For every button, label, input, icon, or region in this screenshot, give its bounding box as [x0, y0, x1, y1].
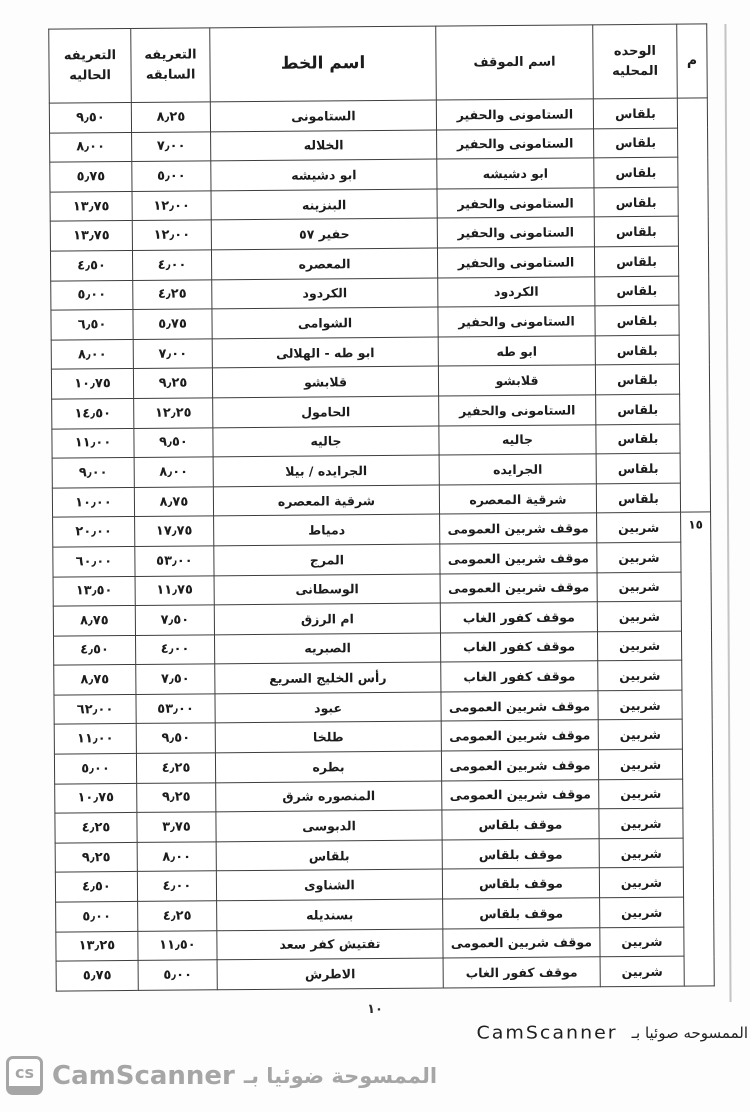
line-cell: الجرايده / بيلا: [213, 455, 439, 486]
line-cell: طلخا: [215, 722, 441, 753]
unit-cell: بلقاس: [596, 453, 680, 483]
unit-cell: شربين: [598, 749, 682, 779]
unit-cell: شربين: [597, 542, 681, 572]
line-cell: بسنديله: [217, 899, 443, 930]
prev-cell: ٥٫٠٠: [132, 161, 211, 191]
camscanner-watermark: cs CamScanner الممسوحة ضوئيا بـ: [6, 1056, 437, 1095]
unit-cell: شربين: [599, 838, 683, 868]
unit-cell: بلقاس: [594, 217, 678, 247]
curr-cell: ١١٫٠٠: [52, 428, 134, 458]
line-cell: المنصوره شرق: [216, 781, 442, 812]
line-cell: دمياط: [214, 514, 440, 545]
page-number: ١٠: [300, 1002, 450, 1017]
prev-cell: ٥٣٫٠٠: [135, 546, 214, 576]
curr-cell: ٦٢٫٠٠: [54, 694, 136, 724]
header-previous-tariff: التعريفه السابقه: [131, 28, 211, 103]
unit-cell: شربين: [600, 927, 684, 957]
line-cell: المعصره: [211, 248, 437, 279]
line-cell: البنزينه: [211, 189, 437, 220]
stop-cell: موقف شربين العمومى: [440, 543, 597, 574]
line-cell: عبود: [215, 692, 441, 723]
line-cell: الوسطانى: [214, 574, 440, 605]
unit-cell: شربين: [599, 779, 683, 809]
prev-cell: ٧٫٥٠: [136, 664, 215, 694]
prev-cell: ٧٫٥٠: [135, 605, 214, 635]
prev-cell: ٨٫٠٠: [137, 842, 216, 872]
line-cell: الاطرش: [217, 958, 443, 989]
prev-cell: ٨٫٧٥: [134, 487, 213, 517]
header-current-tariff: التعريفه الحاليه: [49, 28, 132, 103]
unit-cell: شربين: [600, 897, 684, 927]
unit-cell: شربين: [600, 956, 684, 986]
line-cell: ابو دشيشه: [211, 159, 437, 190]
unit-cell: بلقاس: [596, 424, 680, 454]
stop-cell: الستامونى والحفير: [439, 395, 596, 426]
tariff-table: م الوحده المحليه اسم الموقف اسم الخط الت…: [48, 23, 715, 991]
curr-cell: ١١٫٠٠: [54, 724, 136, 754]
stop-cell: موقف شربين العمومى: [441, 750, 598, 781]
unit-cell: بلقاس: [594, 157, 678, 187]
curr-cell: ١٣٫٢٥: [56, 931, 138, 961]
curr-cell: ٨٫٠٠: [50, 132, 132, 162]
unit-cell: شربين: [598, 720, 682, 750]
unit-cell: بلقاس: [595, 276, 679, 306]
curr-cell: ٥٫٠٠: [56, 901, 138, 931]
curr-cell: ٥٫٧٥: [50, 162, 132, 192]
curr-cell: ٨٫٧٥: [53, 606, 135, 636]
unit-cell: بلقاس: [594, 187, 678, 217]
line-cell: رأس الخليج السريع: [215, 662, 441, 693]
watermark-text-arabic: الممسوحة ضوئيا بـ: [244, 1064, 437, 1088]
stop-cell: موقف بلقاس: [442, 809, 599, 840]
stop-cell: شرقية المعصره: [439, 484, 596, 515]
prev-cell: ٨٫٢٥: [131, 102, 210, 132]
table-header: م الوحده المحليه اسم الموقف اسم الخط الت…: [49, 24, 708, 103]
curr-cell: ٦٫٥٠: [51, 310, 133, 340]
curr-cell: ١٣٫٧٥: [50, 221, 132, 251]
line-cell: شرقية المعصره: [213, 485, 439, 516]
unit-cell: بلقاس: [596, 394, 680, 424]
prev-cell: ٧٫٠٠: [132, 131, 211, 161]
stop-cell: ابو دشيشه: [437, 158, 594, 189]
prev-cell: ١١٫٥٠: [138, 930, 217, 960]
unit-cell: بلقاس: [594, 128, 678, 158]
line-cell: الكردود: [212, 278, 438, 309]
line-cell: جاليه: [213, 426, 439, 457]
stop-cell: الستامونى والحفير: [437, 217, 594, 248]
curr-cell: ٤٫٥٠: [53, 635, 135, 665]
header-serial: م: [677, 24, 708, 98]
prev-cell: ١٢٫٢٥: [134, 398, 213, 428]
stop-cell: الستامونى والحفير: [436, 99, 593, 130]
unit-cell: بلقاس: [595, 364, 679, 394]
header-row: م الوحده المحليه اسم الموقف اسم الخط الت…: [49, 24, 708, 103]
line-cell: الدبوسى: [216, 810, 442, 841]
line-cell: تفتيش كفر سعد: [217, 929, 443, 960]
curr-cell: ١٠٫٠٠: [52, 487, 134, 517]
header-stop-name: اسم الموقف: [436, 25, 594, 100]
line-cell: الستامونى: [210, 100, 436, 131]
prev-cell: ٤٫٠٠: [135, 635, 214, 665]
unit-cell: شربين: [597, 601, 681, 631]
stop-cell: موقف شربين العمومى: [440, 572, 597, 603]
line-cell: الحامول: [213, 396, 439, 427]
stop-cell: الستامونى والحفير: [437, 188, 594, 219]
stop-cell: الستامونى والحفير: [437, 247, 594, 278]
stop-cell: موقف كفور الغاب: [440, 631, 597, 662]
curr-cell: ٥٫٧٥: [56, 961, 138, 991]
stop-cell: الجرايده: [439, 454, 596, 485]
stop-cell: موقف بلقاس: [443, 898, 600, 929]
prev-cell: ٩٫٢٥: [137, 782, 216, 812]
stop-cell: موقف شربين العمومى: [442, 779, 599, 810]
handwritten-note-arabic: الممسوحه صوئيا بـ: [632, 1024, 748, 1042]
prev-cell: ٩٫٥٠: [136, 723, 215, 753]
unit-cell: شربين: [598, 690, 682, 720]
prev-cell: ٩٫٢٥: [133, 368, 212, 398]
curr-cell: ١٠٫٧٥: [51, 369, 133, 399]
stop-cell: قلابشو: [438, 365, 595, 396]
curr-cell: ٩٫٠٠: [52, 458, 134, 488]
line-cell: المرج: [214, 544, 440, 575]
tariff-table-body: بلقاسالستامونى والحفيرالستامونى٨٫٢٥٩٫٥٠ب…: [49, 98, 714, 991]
prev-cell: ٤٫٠٠: [137, 871, 216, 901]
unit-cell: بلقاس: [595, 305, 679, 335]
stop-cell: موقف كفور الغاب: [441, 661, 598, 692]
prev-cell: ٩٫٥٠: [134, 427, 213, 457]
unit-cell: شربين: [597, 572, 681, 602]
curr-cell: ١٣٫٥٠: [53, 576, 135, 606]
camscanner-logo-icon: cs: [6, 1056, 43, 1095]
prev-cell: ٧٫٠٠: [133, 339, 212, 369]
stop-cell: موقف شربين العمومى: [443, 927, 600, 958]
unit-cell: شربين: [599, 868, 683, 898]
curr-cell: ٩٫٥٠: [49, 102, 131, 132]
stop-cell: موقف شربين العمومى: [441, 720, 598, 751]
scan-edge-line: [724, 24, 731, 1002]
stop-cell: موقف شربين العمومى: [441, 691, 598, 722]
line-cell: حفير ٥٧: [211, 218, 437, 249]
prev-cell: ١٧٫٧٥: [135, 516, 214, 546]
curr-cell: ٩٫٢٥: [55, 842, 137, 872]
curr-cell: ١٤٫٥٠: [52, 398, 134, 428]
stop-cell: موقف بلقاس: [442, 868, 599, 899]
curr-cell: ٤٫٢٥: [55, 813, 137, 843]
line-cell: ام الرزق: [214, 603, 440, 634]
stop-cell: موقف بلقاس: [442, 839, 599, 870]
stop-cell: جاليه: [439, 424, 596, 455]
line-cell: الشناوى: [216, 869, 442, 900]
stop-cell: موقف كفور الغاب: [440, 602, 597, 633]
stop-cell: موقف كفور الغاب: [443, 957, 600, 988]
header-line-name: اسم الخط: [210, 26, 437, 102]
curr-cell: ١٣٫٧٥: [50, 191, 132, 221]
line-cell: بلقاس: [216, 840, 442, 871]
table-row: شربينموقف كفور الغابالاطرش٥٫٠٠٥٫٧٥: [56, 956, 714, 991]
serial-cell: [677, 98, 710, 513]
curr-cell: ٦٠٫٠٠: [53, 546, 135, 576]
stop-cell: موقف شربين العمومى: [440, 513, 597, 544]
prev-cell: ٥٫٧٥: [133, 309, 212, 339]
line-cell: الخلاله: [211, 130, 437, 161]
stop-cell: الكردود: [438, 276, 595, 307]
prev-cell: ٥٣٫٠٠: [136, 694, 215, 724]
line-cell: قلابشو: [212, 366, 438, 397]
unit-cell: شربين: [597, 631, 681, 661]
prev-cell: ١٢٫٠٠: [132, 220, 211, 250]
prev-cell: ١١٫٧٥: [135, 575, 214, 605]
curr-cell: ١٠٫٧٥: [55, 783, 137, 813]
serial-cell: ١٥: [681, 512, 715, 986]
prev-cell: ٤٫٢٥: [138, 901, 217, 931]
prev-cell: ٤٫٢٥: [136, 753, 215, 783]
stop-cell: الستامونى والحفير: [438, 306, 595, 337]
curr-cell: ٨٫٧٥: [54, 665, 136, 695]
unit-cell: شربين: [598, 660, 682, 690]
curr-cell: ٤٫٥٠: [50, 250, 132, 280]
prev-cell: ٤٫٢٥: [133, 279, 212, 309]
stop-cell: ابو طه: [438, 336, 595, 367]
unit-cell: بلقاس: [595, 335, 679, 365]
curr-cell: ٤٫٥٠: [55, 872, 137, 902]
watermark-brand: CamScanner: [52, 1061, 235, 1091]
header-local-unit: الوحده المحليه: [593, 24, 678, 99]
curr-cell: ٥٫٠٠: [51, 280, 133, 310]
unit-cell: بلقاس: [593, 98, 677, 128]
unit-cell: شربين: [597, 512, 681, 542]
handwritten-note: الممسوحه صوئيا بـ CamScanner: [476, 1022, 748, 1044]
curr-cell: ٥٫٠٠: [54, 753, 136, 783]
handwritten-note-brand: CamScanner: [476, 1023, 617, 1044]
stop-cell: الستامونى والحفير: [437, 128, 594, 159]
line-cell: الشوامى: [212, 307, 438, 338]
prev-cell: ٥٫٠٠: [138, 960, 217, 990]
curr-cell: ٨٫٠٠: [51, 339, 133, 369]
unit-cell: بلقاس: [596, 483, 680, 513]
prev-cell: ٤٫٠٠: [132, 250, 211, 280]
prev-cell: ٨٫٠٠: [134, 457, 213, 487]
line-cell: ابو طه - الهلالى: [212, 337, 438, 368]
prev-cell: ١٢٫٠٠: [132, 191, 211, 221]
unit-cell: شربين: [599, 808, 683, 838]
curr-cell: ٢٠٫٠٠: [53, 517, 135, 547]
prev-cell: ٣٫٧٥: [137, 812, 216, 842]
line-cell: بطره: [215, 751, 441, 782]
unit-cell: بلقاس: [594, 246, 678, 276]
line-cell: الصبريه: [214, 633, 440, 664]
